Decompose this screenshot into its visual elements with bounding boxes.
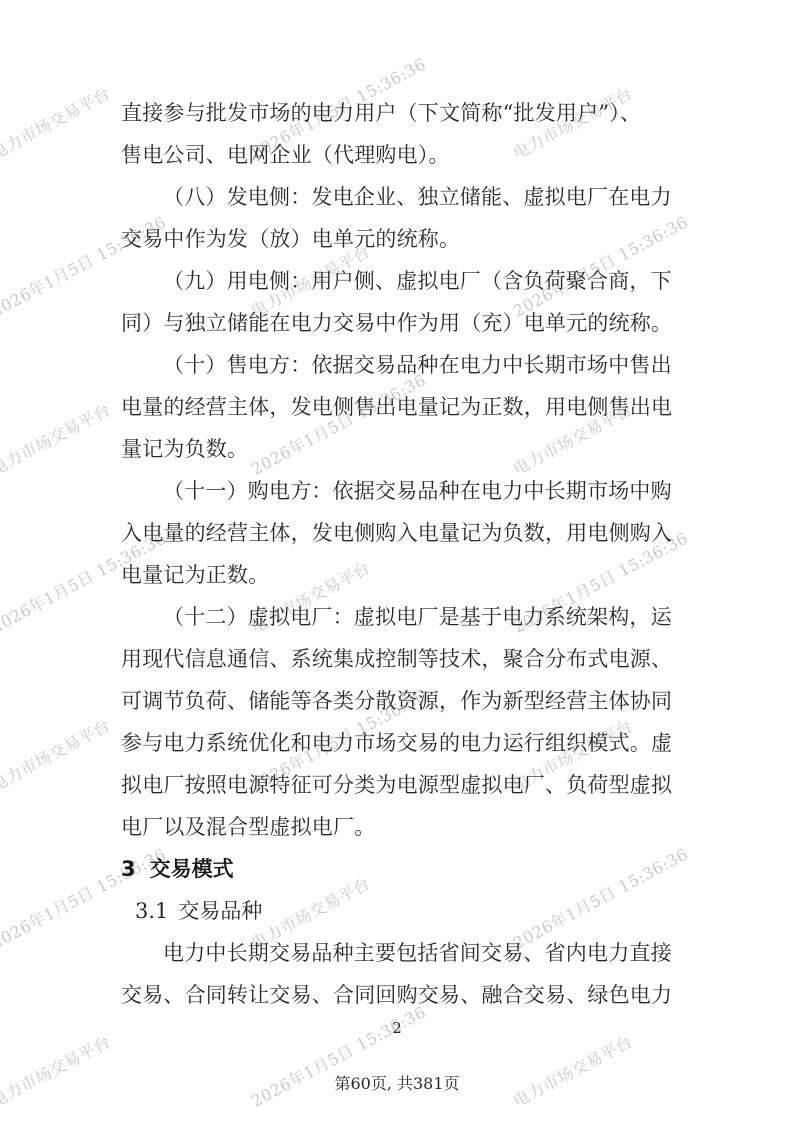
body-line: 拟电厂按照电源特征可分类为电源型虚拟电厂、负荷型虚拟 xyxy=(121,764,681,806)
subsection-number: 3.1 xyxy=(135,899,168,923)
section-title: 交易模式 xyxy=(150,857,234,881)
body-line: 电量的经营主体，发电侧售出电量记为正数，用电侧售出电 xyxy=(121,386,681,428)
document-page: 电力市场交易平台 2026年1月5日 15:36:36 电力市场交易平台 202… xyxy=(0,0,794,1123)
body-line: 用现代信息通信、系统集成控制等技术，聚合分布式电源、 xyxy=(121,638,681,680)
page-info-label: 第60页, 共381页 xyxy=(0,1071,794,1097)
body-line: 参与电力系统优化和电力市场交易的电力运行组织模式。虚 xyxy=(121,722,681,764)
body-line: 售电公司、电网企业（代理购电）。 xyxy=(121,134,681,176)
body-line: （十一）购电方：依据交易品种在电力中长期市场中购 xyxy=(121,470,681,512)
page-number: 2 xyxy=(0,1017,794,1039)
body-line: 量记为负数。 xyxy=(121,428,681,470)
body-line: 入电量的经营主体，发电侧购入电量记为负数，用电侧购入 xyxy=(121,512,681,554)
body-line: 交易中作为发（放）电单元的统称。 xyxy=(121,218,681,260)
section-heading: 3交易模式 xyxy=(121,848,681,890)
body-line: 电厂以及混合型虚拟电厂。 xyxy=(121,806,681,848)
subsection-heading: 3.1交易品种 xyxy=(121,890,681,932)
section-number: 3 xyxy=(121,857,136,881)
body-line: 可调节负荷、储能等各类分散资源，作为新型经营主体协同 xyxy=(121,680,681,722)
subsection-title: 交易品种 xyxy=(178,899,262,923)
body-line: （八）发电侧：发电企业、独立储能、虚拟电厂在电力 xyxy=(121,176,681,218)
document-body: 直接参与批发市场的电力用户（下文简称“批发用户”）、 售电公司、电网企业（代理购… xyxy=(121,92,681,1016)
watermark-platform-text: 电力市场交易平台 xyxy=(0,713,114,795)
body-line: （十二）虚拟电厂：虚拟电厂是基于电力系统架构，运 xyxy=(121,596,681,638)
body-line: 交易、合同转让交易、合同回购交易、融合交易、绿色电力 xyxy=(121,974,681,1016)
body-line: （九）用电侧：用户侧、虚拟电厂（含负荷聚合商，下 xyxy=(121,260,681,302)
body-line: 电力中长期交易品种主要包括省间交易、省内电力直接 xyxy=(121,932,681,974)
body-line: （十）售电方：依据交易品种在电力中长期市场中售出 xyxy=(121,344,681,386)
watermark-platform-text: 电力市场交易平台 xyxy=(0,397,114,479)
body-line: 电量记为正数。 xyxy=(121,554,681,596)
body-line: 直接参与批发市场的电力用户（下文简称“批发用户”）、 xyxy=(121,92,681,134)
body-line: 同）与独立储能在电力交易中作为用（充）电单元的统称。 xyxy=(121,302,681,344)
watermark-platform-text: 电力市场交易平台 xyxy=(0,81,114,163)
